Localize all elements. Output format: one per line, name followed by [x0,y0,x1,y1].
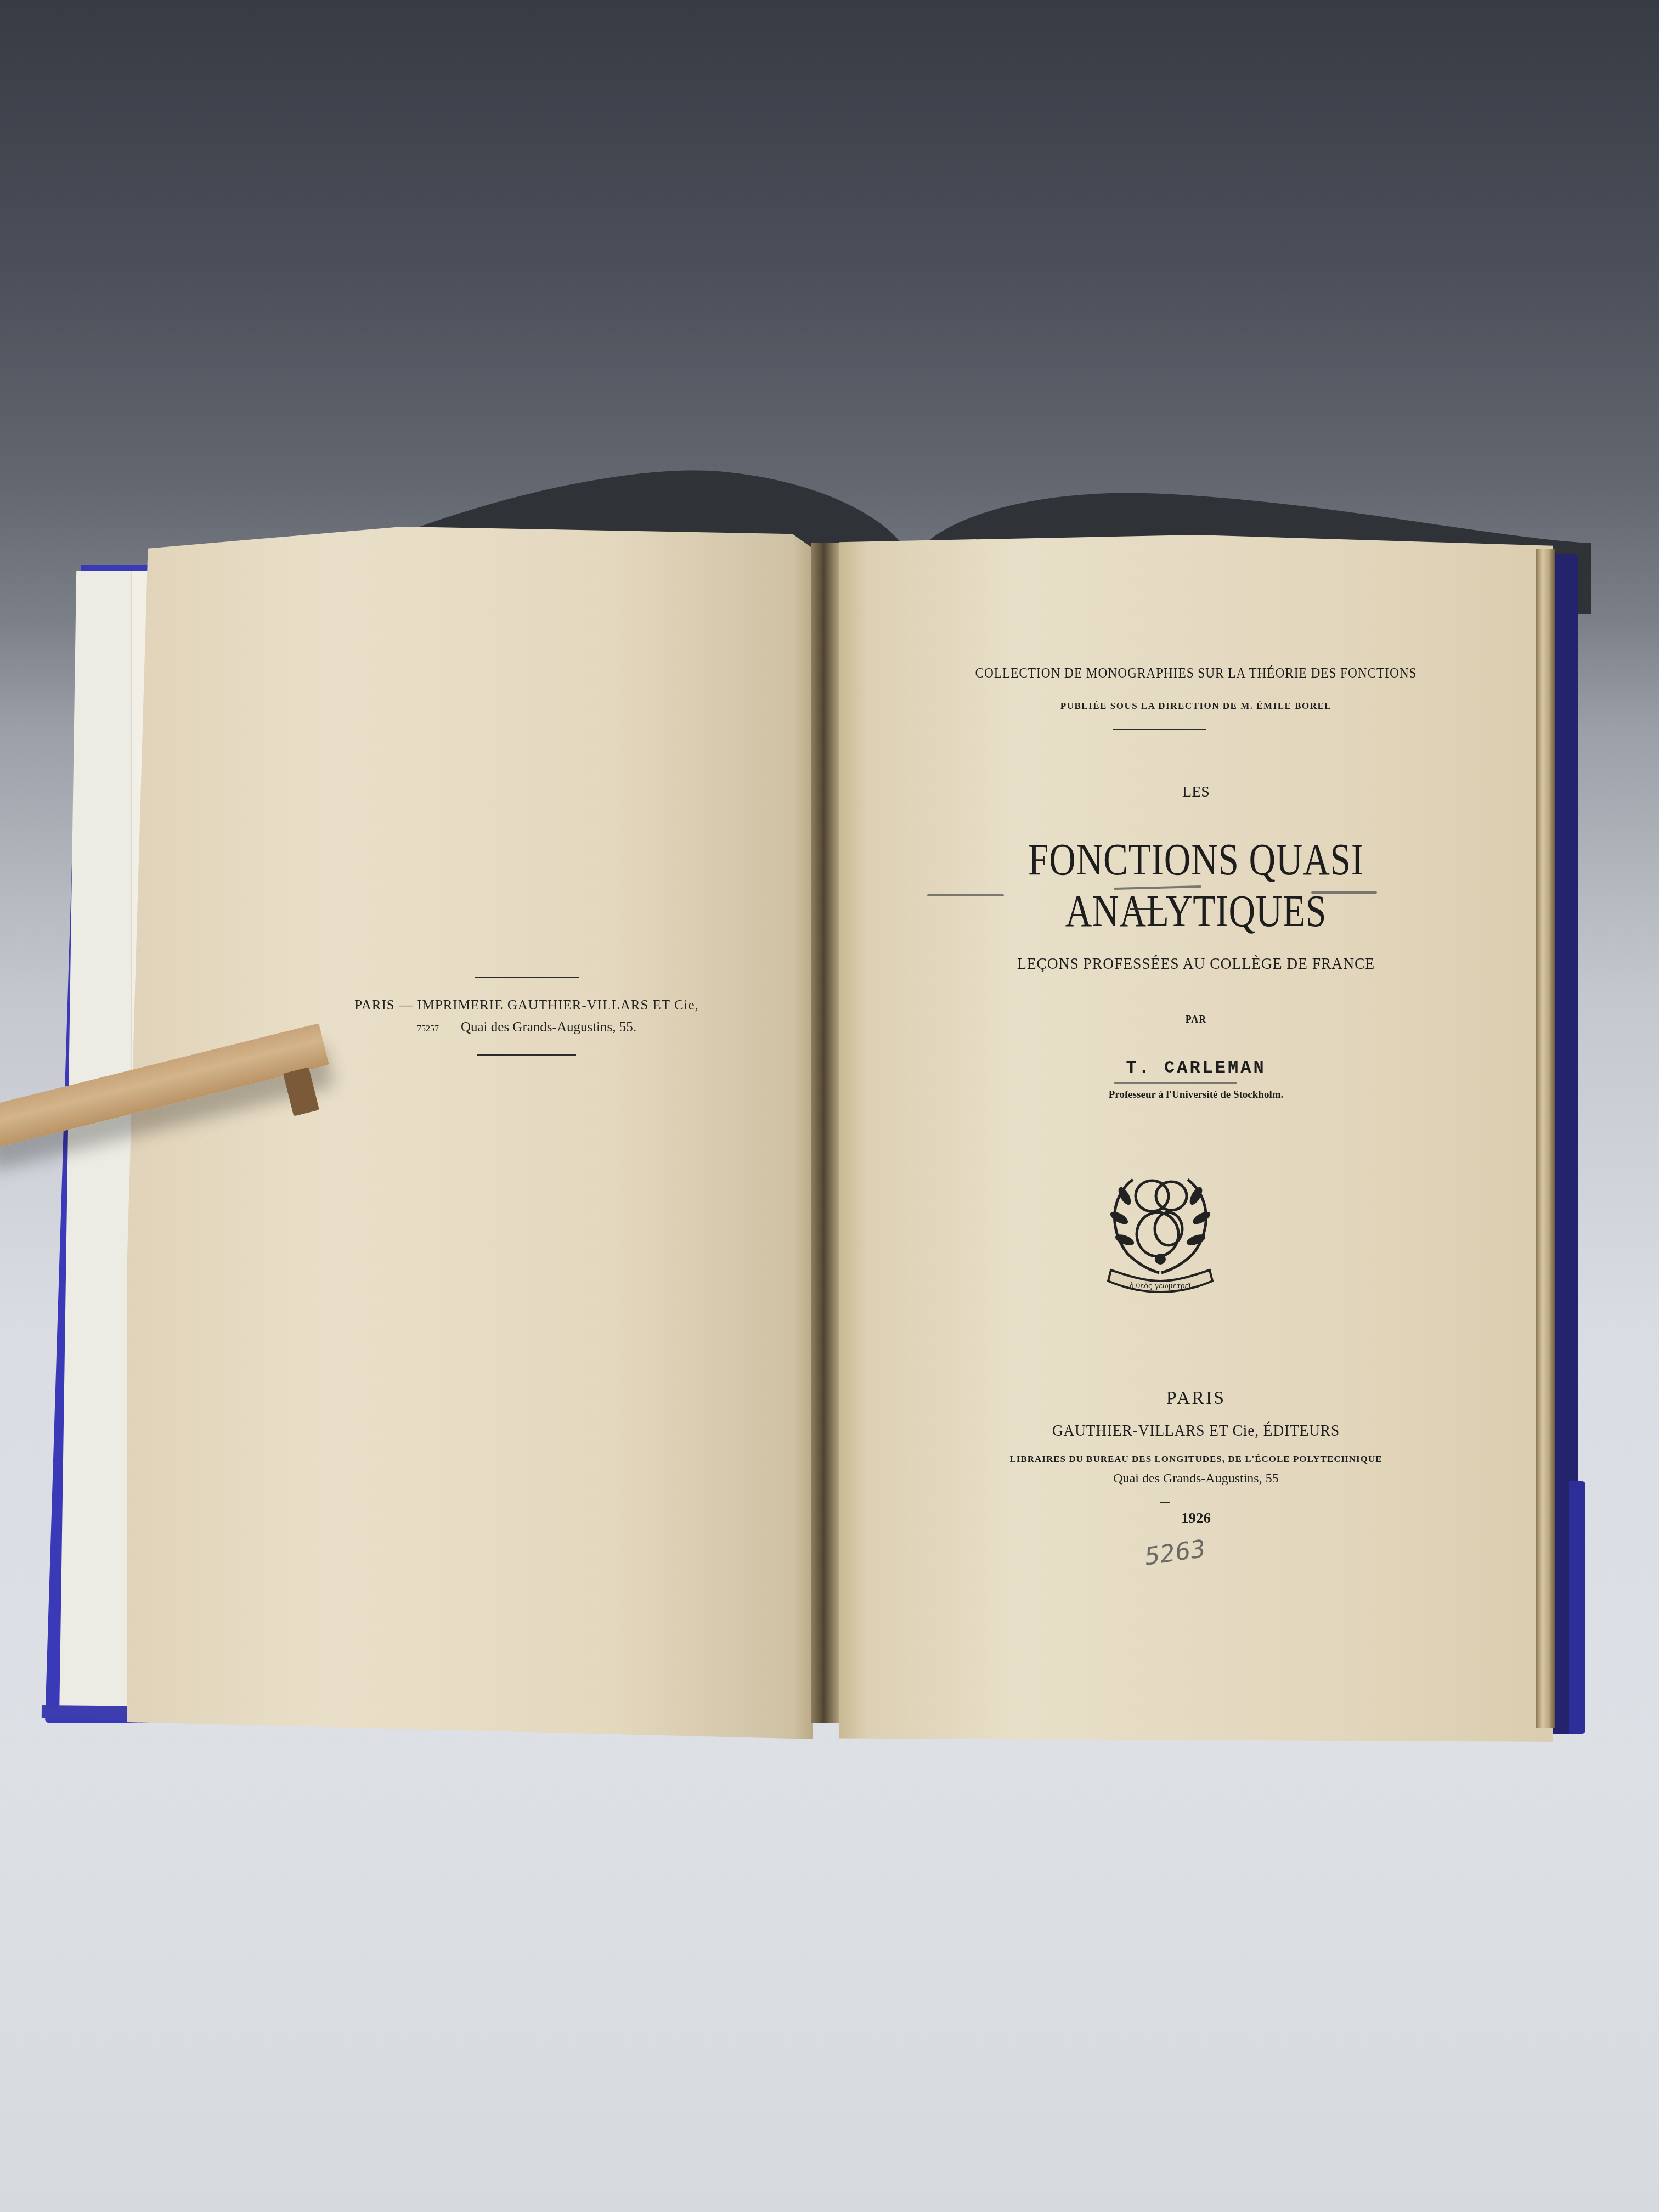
publisher-address: Quai des Grands-Augustins, 55 [856,1471,1536,1486]
author-affiliation: Professeur à l'Université de Stockholm. [856,1089,1536,1101]
publisher-city: PARIS [856,1388,1536,1409]
pencil-underline [1114,1082,1237,1084]
imprint-rule-top [475,977,579,978]
book-subtitle: LEÇONS PROFESSÉES AU COLLÈGE DE FRANCE [883,955,1509,973]
publisher-description: LIBRAIRES DU BUREAU DES LONGITUDES, DE L… [856,1454,1536,1465]
title-article: LES [856,783,1536,801]
publisher-name: GAUTHIER-VILLARS ET Cie, ÉDITEURS [876,1422,1516,1440]
imprint-line2: 75257Quai des Grands-Augustins, 55. [307,1020,746,1035]
book-cover-right-corner [1569,1481,1585,1734]
imprint-address: Quai des Grands-Augustins, 55. [461,1020,636,1035]
imprint-number: 75257 [417,1024,439,1034]
emblem-motto: ὁ θεὸς γεωμετρεῖ [1130,1282,1192,1290]
imprint-line1: PARIS — IMPRIMERIE GAUTHIER-VILLARS ET C… [307,998,746,1013]
left-page [127,527,813,1739]
pencil-underline [1311,891,1377,894]
page-edges [1536,549,1555,1728]
pencil-underline [927,894,1004,896]
divider-rule [1130,909,1163,910]
divider-rule [1113,729,1206,730]
by-label: PAR [856,1014,1536,1025]
imprint-rule-bottom [477,1054,576,1056]
printer-imprint: PARIS — IMPRIMERIE GAUTHIER-VILLARS ET C… [307,977,746,1056]
author-name: T. CARLEMAN [856,1058,1536,1078]
series-editor: PUBLIÉE SOUS LA DIRECTION DE M. ÉMILE BO… [856,701,1536,712]
divider-dash [1160,1502,1170,1503]
publisher-emblem-icon: ὁ θεὸς γεωμετρεῖ [1094,1158,1226,1295]
series-title: COLLECTION DE MONOGRAPHIES SUR LA THÉORI… [890,665,1502,681]
publication-year: 1926 [856,1510,1536,1527]
book-gutter [811,543,839,1723]
